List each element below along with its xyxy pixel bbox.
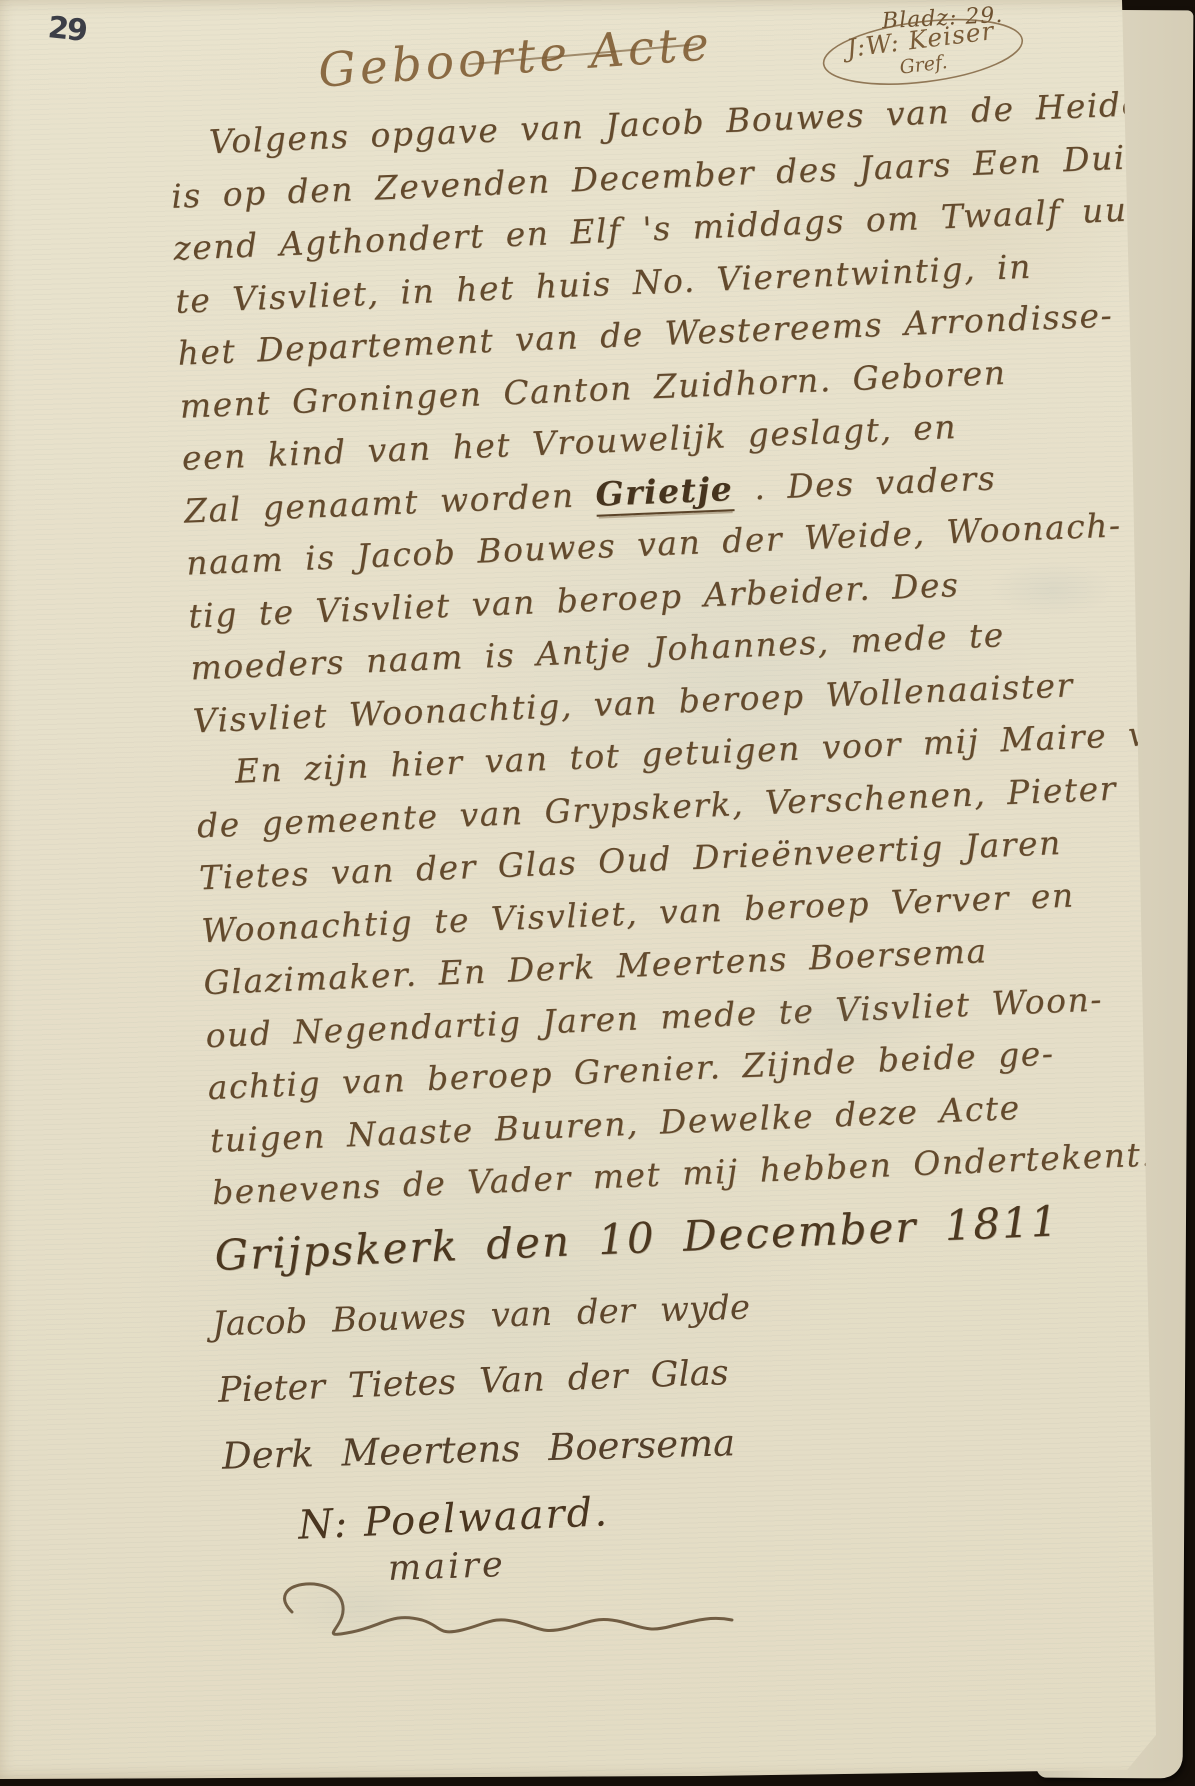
maire-flourish-icon: [272, 1572, 772, 1642]
grietje-suffix: . Des vaders: [732, 458, 996, 508]
signature-maire: N: Poelwaard.: [297, 1489, 610, 1549]
signature-father: Jacob Bouwes van der wyde: [212, 1288, 751, 1345]
document-body: Volgens opgave van Jacob Bouwes van de H…: [168, 79, 1175, 1288]
page-corner-number: 29: [46, 10, 87, 49]
child-name: Grietje: [595, 469, 734, 517]
signature-witness-2: Derk Meertens Boersema: [222, 1421, 736, 1477]
signature-witness-1: Pieter Tietes Van der Glas: [217, 1353, 729, 1411]
document-title: Geboorte Acte: [317, 16, 715, 98]
grietje-prefix: Zal genaamt worden: [183, 474, 596, 530]
archivist-signature: J:W: Keiser Gref.: [830, 17, 1015, 88]
document-page: 29 Bladz: 29. J:W: Keiser Gref. Geboorte…: [0, 0, 1195, 1786]
